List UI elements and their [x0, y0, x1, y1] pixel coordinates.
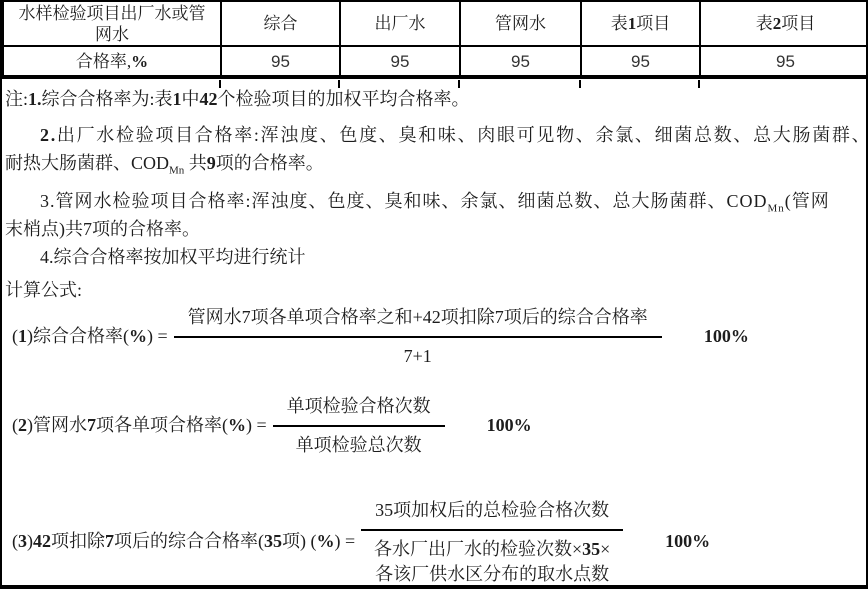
- note-1: 注:1.综合合格率为:表1中42个检验项目的加权平均合格率。: [5, 87, 470, 112]
- formula-2: (2)管网水7项各单项合格率(%) = 单项检验合格次数 单项检验总次数 100…: [12, 392, 532, 458]
- table-border-tick: [579, 80, 581, 88]
- value-finished-water: 95: [340, 46, 460, 77]
- document-page: 水样检验项目出厂水或管网水 综合 出厂水 管网水 表1项目 表2项目 合格率,%…: [0, 0, 868, 589]
- note-2-line-2: 耐热大肠菌群、CODMn 共9项的合格率。: [5, 151, 324, 176]
- formula-3-denominator-line-1: 各水厂出厂水的检验次数×35×: [361, 537, 623, 562]
- formula-3-denominator-line-2: 各该厂供水区分布的取水点数: [361, 562, 623, 587]
- note-4: 4.综合合格率按加权平均进行统计: [40, 245, 306, 270]
- formula-1-numerator: 管网水7项各单项合格率之和+42项扣除7项后的综合合格率: [174, 303, 662, 338]
- value-table2-items: 95: [700, 46, 868, 77]
- value-table1-items: 95: [581, 46, 700, 77]
- table-border-tick: [698, 80, 700, 88]
- formula-1: (1)综合合格率(%) = 管网水7项各单项合格率之和+42项扣除7项后的综合合…: [12, 303, 749, 369]
- pass-rate-table: 水样检验项目出厂水或管网水 综合 出厂水 管网水 表1项目 表2项目 合格率,%…: [2, 0, 868, 79]
- formula-3-fraction: 35项加权后的总检验合格次数 各水厂出厂水的检验次数×35× 各该厂供水区分布的…: [361, 496, 623, 587]
- note-3-line-2: 末梢点)共7项的合格率。: [5, 217, 200, 242]
- formula-2-label: (2)管网水7项各单项合格率(%) =: [12, 413, 267, 438]
- calc-formula-title: 计算公式:: [5, 278, 82, 303]
- formula-1-fraction: 管网水7项各单项合格率之和+42项扣除7项后的综合合格率 7+1: [174, 303, 662, 369]
- note-3-line-1: 3.管网水检验项目合格率:浑浊度、色度、臭和味、余氯、细菌总数、总大肠菌群、CO…: [40, 189, 830, 214]
- header-cell-finished-water: 出厂水: [340, 1, 460, 46]
- table-values-row: 合格率,% 95 95 95 95 95: [3, 46, 868, 77]
- formula-3-denominator: 各水厂出厂水的检验次数×35× 各该厂供水区分布的取水点数: [361, 531, 623, 587]
- formula-3-result: 100%: [665, 529, 710, 554]
- value-pipe-water: 95: [460, 46, 581, 77]
- header-cell-table1-items: 表1项目: [581, 1, 700, 46]
- formula-1-denominator: 7+1: [174, 338, 662, 369]
- header-cell-overall: 综合: [221, 1, 340, 46]
- table-header-row: 水样检验项目出厂水或管网水 综合 出厂水 管网水 表1项目 表2项目: [3, 1, 868, 46]
- formula-2-numerator: 单项检验合格次数: [273, 392, 445, 427]
- formula-1-label: (1)综合合格率(%) =: [12, 324, 168, 349]
- formula-3-numerator: 35项加权后的总检验合格次数: [361, 496, 623, 531]
- formula-3-label: (3)42项扣除7项后的综合合格率(35项) (%) =: [12, 529, 355, 554]
- row-label-pass-rate: 合格率,%: [3, 46, 221, 77]
- header-cell-project: 水样检验项目出厂水或管网水: [3, 1, 221, 46]
- formula-1-result: 100%: [704, 324, 749, 349]
- formula-2-fraction: 单项检验合格次数 单项检验总次数: [273, 392, 445, 458]
- formula-3: (3)42项扣除7项后的综合合格率(35项) (%) = 35项加权后的总检验合…: [12, 496, 710, 587]
- formula-2-result: 100%: [487, 413, 532, 438]
- note-2-line-1: 2.出厂水检验项目合格率:浑浊度、色度、臭和味、肉眼可见物、余氯、细菌总数、总大…: [40, 123, 868, 148]
- value-overall: 95: [221, 46, 340, 77]
- header-cell-table2-items: 表2项目: [700, 1, 868, 46]
- formula-2-denominator: 单项检验总次数: [273, 427, 445, 458]
- header-cell-pipe-water: 管网水: [460, 1, 581, 46]
